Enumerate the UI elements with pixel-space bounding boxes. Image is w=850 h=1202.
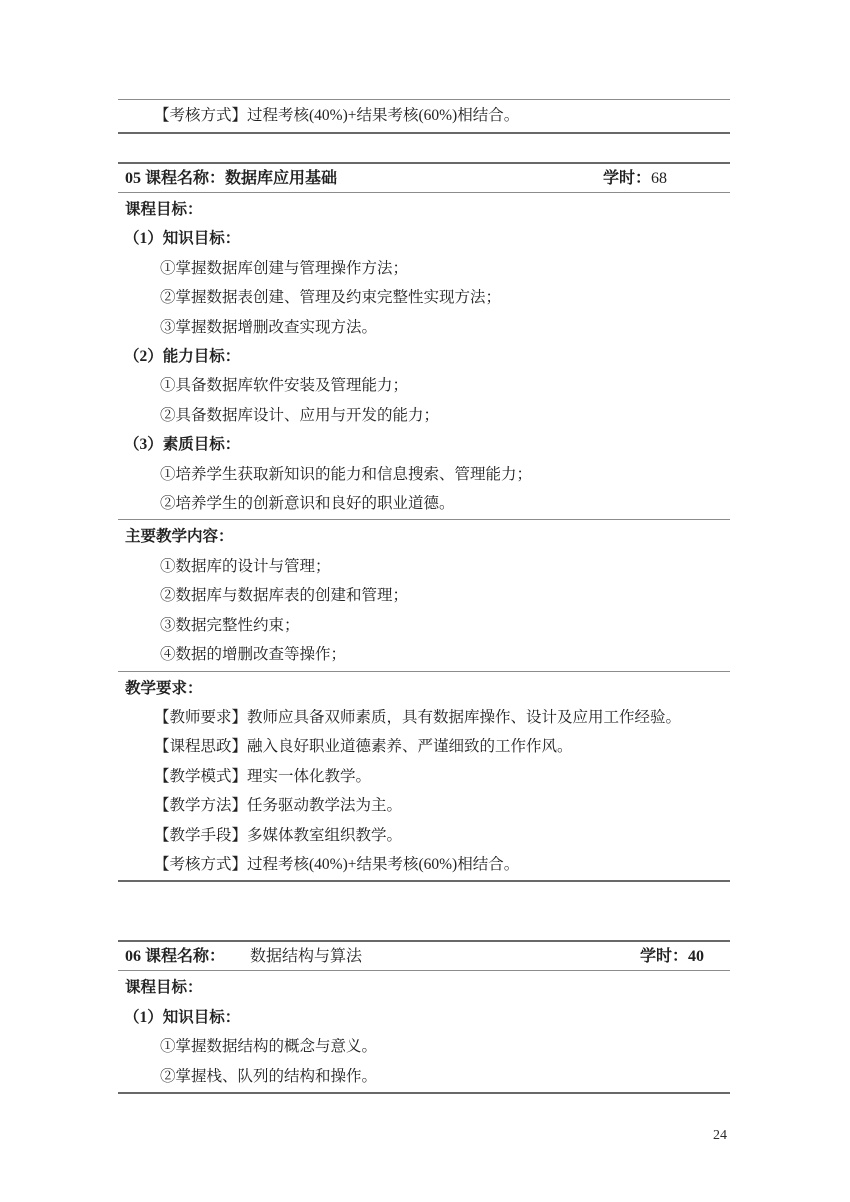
teacher-requirement-row: 【教师要求】教师应具备双师素质，具有数据库操作、设计及应用工作经验。: [118, 703, 730, 732]
content-item: ④数据的增删改查等操作；: [118, 640, 730, 669]
knowledge-goal-item: ②掌握数据表创建、管理及约束完整性实现方法；: [118, 283, 730, 312]
content-item: ②数据库与数据库表的创建和管理；: [118, 581, 730, 610]
teaching-means-row: 【教学手段】多媒体教室组织教学。: [118, 821, 730, 850]
knowledge-goal-heading: （1）知识目标：: [118, 1003, 730, 1032]
course-06-header: 06 课程名称：数据结构与算法 学时：40: [118, 942, 730, 971]
table-gap: [118, 882, 730, 940]
hours-value: 68: [651, 170, 667, 187]
table-gap: [118, 134, 730, 162]
course-05-header: 05 课程名称：数据库应用基础 学时：68: [118, 164, 730, 193]
requirements-heading: 教学要求：: [118, 674, 730, 703]
ideology-row: 【课程思政】融入良好职业道德素养、严谨细致的工作作风。: [118, 732, 730, 761]
course-table-05: 05 课程名称：数据库应用基础 学时：68 课程目标： （1）知识目标： ①掌握…: [118, 162, 730, 882]
course-05-objectives-block: 课程目标： （1）知识目标： ①掌握数据库创建与管理操作方法； ②掌握数据表创建…: [118, 193, 730, 520]
quality-goal-item: ①培养学生获取新知识的能力和信息搜索、管理能力；: [118, 460, 730, 489]
content-heading: 主要教学内容：: [118, 522, 730, 551]
hours-value: 40: [688, 948, 704, 965]
quality-goal-heading: （3）素质目标：: [118, 430, 730, 459]
course-05-requirements-block: 教学要求： 【教师要求】教师应具备双师素质，具有数据库操作、设计及应用工作经验。…: [118, 672, 730, 881]
hours-label: 学时：: [640, 948, 688, 965]
ability-goal-item: ②具备数据库设计、应用与开发的能力；: [118, 401, 730, 430]
objectives-heading: 课程目标：: [118, 195, 730, 224]
knowledge-goal-item: ①掌握数据结构的概念与意义。: [118, 1032, 730, 1061]
course-06-objectives-block: 课程目标： （1）知识目标： ①掌握数据结构的概念与意义。 ②掌握栈、队列的结构…: [118, 971, 730, 1092]
content-item: ③数据完整性约束；: [118, 611, 730, 640]
page-number: 24: [118, 1128, 730, 1144]
course-05-content-block: 主要教学内容： ①数据库的设计与管理； ②数据库与数据库表的创建和管理； ③数据…: [118, 520, 730, 671]
knowledge-goal-item: ③掌握数据增删改查实现方法。: [118, 313, 730, 342]
course-05-hours: 学时：68: [603, 164, 667, 193]
course-06-hours: 学时：40: [640, 942, 704, 971]
course-06-name: 数据结构与算法: [250, 948, 362, 965]
course-table-06: 06 课程名称：数据结构与算法 学时：40 课程目标： （1）知识目标： ①掌握…: [118, 940, 730, 1094]
assessment-method-row: 【考核方式】过程考核(40%)+结果考核(60%)相结合。: [118, 100, 730, 132]
ability-goal-heading: （2）能力目标：: [118, 342, 730, 371]
course-05-title: 05 课程名称：数据库应用基础: [125, 170, 337, 187]
knowledge-goal-heading: （1）知识目标：: [118, 224, 730, 253]
ability-goal-item: ①具备数据库软件安装及管理能力；: [118, 371, 730, 400]
assessment-method-row: 【考核方式】过程考核(40%)+结果考核(60%)相结合。: [118, 850, 730, 879]
teaching-method-row: 【教学方法】任务驱动教学法为主。: [118, 791, 730, 820]
objectives-heading: 课程目标：: [118, 973, 730, 1002]
knowledge-goal-item: ①掌握数据库创建与管理操作方法；: [118, 254, 730, 283]
content-item: ①数据库的设计与管理；: [118, 552, 730, 581]
course-06-number-label: 06 课程名称：: [125, 948, 225, 965]
teaching-mode-row: 【教学模式】理实一体化教学。: [118, 762, 730, 791]
document-page: 【考核方式】过程考核(40%)+结果考核(60%)相结合。 05 课程名称：数据…: [118, 0, 730, 1144]
hours-label: 学时：: [603, 170, 651, 187]
course-table-04-continuation: 【考核方式】过程考核(40%)+结果考核(60%)相结合。: [118, 99, 730, 134]
quality-goal-item: ②培养学生的创新意识和良好的职业道德。: [118, 489, 730, 518]
knowledge-goal-item: ②掌握栈、队列的结构和操作。: [118, 1062, 730, 1091]
